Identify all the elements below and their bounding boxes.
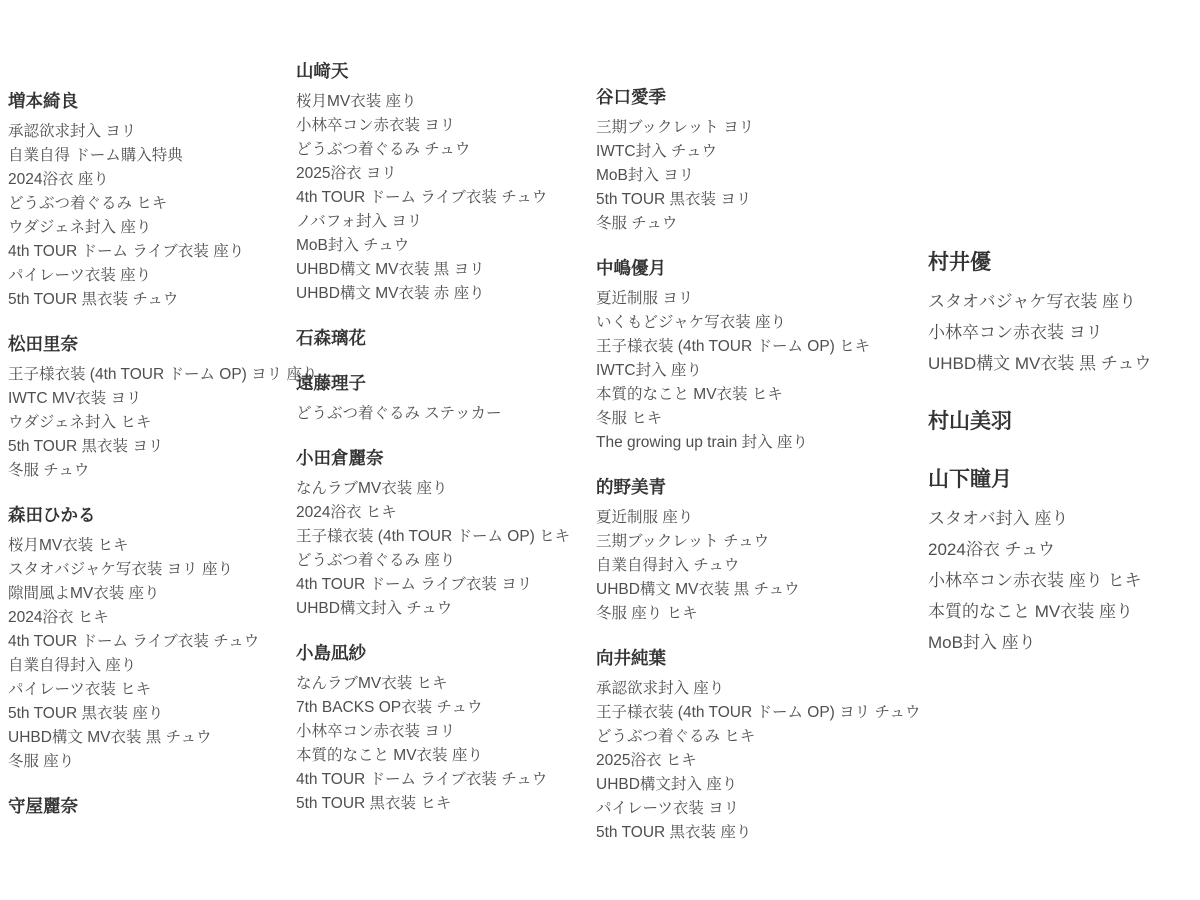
list-item: 2025浴衣 ヨリ <box>296 162 598 186</box>
list-item: どうぶつ着ぐるみ チュウ <box>296 138 598 162</box>
member-name: 村山美羽 <box>928 407 1200 437</box>
member-section: 小島凪紗なんラブMV衣装 ヒキ7th BACKS OP衣装 チュウ小林卒コン赤衣… <box>296 640 598 816</box>
list-item: UHBD構文封入 座り <box>596 773 932 797</box>
list-item: 2024浴衣 ヒキ <box>296 501 598 525</box>
list-item: 5th TOUR 黒衣装 座り <box>596 821 932 845</box>
member-section: 小田倉麗奈なんラブMV衣装 座り2024浴衣 ヒキ王子様衣装 (4th TOUR… <box>296 445 598 621</box>
list-item: 王子様衣装 (4th TOUR ドーム OP) ヨリ 座り <box>8 363 294 387</box>
list-item: パイレーツ衣装 座り <box>8 264 294 288</box>
list-item: UHBD構文封入 チュウ <box>296 597 598 621</box>
list-item: 5th TOUR 黒衣装 ヒキ <box>296 792 598 816</box>
item-list: なんラブMV衣装 ヒキ7th BACKS OP衣装 チュウ小林卒コン赤衣装 ヨリ… <box>296 672 598 816</box>
list-item: パイレーツ衣装 ヨリ <box>596 797 932 821</box>
list-item: スタオバジャケ写衣装 座り <box>928 286 1200 317</box>
list-item: 隙間風よMV衣装 座り <box>8 582 294 606</box>
list-item: 三期ブックレット ヨリ <box>596 116 932 140</box>
member-name: 山﨑天 <box>296 58 598 84</box>
list-item: 承認欲求封入 ヨリ <box>8 120 294 144</box>
member-name: 小田倉麗奈 <box>296 445 598 471</box>
member-name: 増本綺良 <box>8 88 294 114</box>
list-item: スタオバジャケ写衣装 ヨリ 座り <box>8 558 294 582</box>
list-item: 2025浴衣 ヒキ <box>596 749 932 773</box>
list-item: 自業自得 ドーム購入特典 <box>8 144 294 168</box>
list-item: どうぶつ着ぐるみ 座り <box>296 549 598 573</box>
member-section: 村山美羽 <box>928 407 1200 437</box>
member-name: 村井優 <box>928 248 1200 278</box>
member-name: 松田里奈 <box>8 331 294 357</box>
list-item: 4th TOUR ドーム ライブ衣装 ヨリ <box>296 573 598 597</box>
list-item: 4th TOUR ドーム ライブ衣装 チュウ <box>296 768 598 792</box>
member-section: 中嶋優月夏近制服 ヨリいくもどジャケ写衣装 座り王子様衣装 (4th TOUR … <box>596 255 932 455</box>
list-item: MoB封入 ヨリ <box>596 164 932 188</box>
list-item: 自業自得封入 チュウ <box>596 554 932 578</box>
list-item: どうぶつ着ぐるみ ステッカー <box>296 402 598 426</box>
list-item: 2024浴衣 ヒキ <box>8 606 294 630</box>
list-item: 冬服 座り <box>8 750 294 774</box>
list-item: スタオバ封入 座り <box>928 503 1200 534</box>
member-name: 的野美青 <box>596 474 932 500</box>
column-2: 山﨑天桜月MV衣装 座り小林卒コン赤衣装 ヨリどうぶつ着ぐるみ チュウ2025浴… <box>296 58 598 835</box>
list-item: 自業自得封入 座り <box>8 654 294 678</box>
member-name: 中嶋優月 <box>596 255 932 281</box>
list-item: UHBD構文 MV衣装 黒 チュウ <box>596 578 932 602</box>
list-item: 承認欲求封入 座り <box>596 677 932 701</box>
member-section: 向井純葉承認欲求封入 座り王子様衣装 (4th TOUR ドーム OP) ヨリ … <box>596 645 932 845</box>
list-item: 桜月MV衣装 座り <box>296 90 598 114</box>
item-list: 夏近制服 ヨリいくもどジャケ写衣装 座り王子様衣装 (4th TOUR ドーム … <box>596 287 932 455</box>
member-section: 遠藤理子どうぶつ着ぐるみ ステッカー <box>296 370 598 426</box>
member-section: 松田里奈王子様衣装 (4th TOUR ドーム OP) ヨリ 座りIWTC MV… <box>8 331 294 483</box>
list-item: パイレーツ衣装 ヒキ <box>8 678 294 702</box>
list-item: ウダジェネ封入 座り <box>8 216 294 240</box>
column-4: 村井優スタオバジャケ写衣装 座り小林卒コン赤衣装 ヨリUHBD構文 MV衣装 黒… <box>928 248 1200 686</box>
item-list: スタオバ封入 座り2024浴衣 チュウ小林卒コン赤衣装 座り ヒキ本質的なこと … <box>928 503 1200 658</box>
list-item: MoB封入 チュウ <box>296 234 598 258</box>
list-item: 夏近制服 ヨリ <box>596 287 932 311</box>
list-item: 王子様衣装 (4th TOUR ドーム OP) ヒキ <box>296 525 598 549</box>
member-name: 山下瞳月 <box>928 465 1200 495</box>
list-item: どうぶつ着ぐるみ ヒキ <box>8 192 294 216</box>
list-item: 本質的なこと MV衣装 座り <box>296 744 598 768</box>
list-item: ノバフォ封入 ヨリ <box>296 210 598 234</box>
list-item: 小林卒コン赤衣装 座り ヒキ <box>928 565 1200 596</box>
list-item: 4th TOUR ドーム ライブ衣装 チュウ <box>296 186 598 210</box>
list-item: IWTC封入 チュウ <box>596 140 932 164</box>
column-3: 谷口愛季三期ブックレット ヨリIWTC封入 チュウMoB封入 ヨリ5th TOU… <box>596 84 932 864</box>
list-item: どうぶつ着ぐるみ ヒキ <box>596 725 932 749</box>
member-name: 向井純葉 <box>596 645 932 671</box>
list-item: UHBD構文 MV衣装 黒 チュウ <box>8 726 294 750</box>
member-name: 守屋麗奈 <box>8 793 294 819</box>
member-section: 山下瞳月スタオバ封入 座り2024浴衣 チュウ小林卒コン赤衣装 座り ヒキ本質的… <box>928 465 1200 658</box>
item-list: 承認欲求封入 座り王子様衣装 (4th TOUR ドーム OP) ヨリ チュウど… <box>596 677 932 845</box>
list-item: 7th BACKS OP衣装 チュウ <box>296 696 598 720</box>
member-section: 石森璃花 <box>296 325 598 351</box>
member-name: 森田ひかる <box>8 502 294 528</box>
list-item: 小林卒コン赤衣装 ヨリ <box>928 317 1200 348</box>
list-item: 王子様衣装 (4th TOUR ドーム OP) ヒキ <box>596 335 932 359</box>
member-name: 小島凪紗 <box>296 640 598 666</box>
list-item: 5th TOUR 黒衣装 チュウ <box>8 288 294 312</box>
list-item: 小林卒コン赤衣装 ヨリ <box>296 114 598 138</box>
item-list: 夏近制服 座り三期ブックレット チュウ自業自得封入 チュウUHBD構文 MV衣装… <box>596 506 932 626</box>
list-item: IWTC封入 座り <box>596 359 932 383</box>
list-item: 2024浴衣 座り <box>8 168 294 192</box>
list-item: 5th TOUR 黒衣装 ヨリ <box>8 435 294 459</box>
list-item: UHBD構文 MV衣装 赤 座り <box>296 282 598 306</box>
item-list: なんラブMV衣装 座り2024浴衣 ヒキ王子様衣装 (4th TOUR ドーム … <box>296 477 598 621</box>
list-item: 冬服 チュウ <box>596 212 932 236</box>
list-item: なんラブMV衣装 座り <box>296 477 598 501</box>
list-item: 夏近制服 座り <box>596 506 932 530</box>
list-item: MoB封入 座り <box>928 627 1200 658</box>
item-list: どうぶつ着ぐるみ ステッカー <box>296 402 598 426</box>
list-item: UHBD構文 MV衣装 黒 チュウ <box>928 348 1200 379</box>
list-item: UHBD構文 MV衣装 黒 ヨリ <box>296 258 598 282</box>
member-section: 谷口愛季三期ブックレット ヨリIWTC封入 チュウMoB封入 ヨリ5th TOU… <box>596 84 932 236</box>
list-item: いくもどジャケ写衣装 座り <box>596 311 932 335</box>
member-section: 森田ひかる桜月MV衣装 ヒキスタオバジャケ写衣装 ヨリ 座り隙間風よMV衣装 座… <box>8 502 294 774</box>
item-list: スタオバジャケ写衣装 座り小林卒コン赤衣装 ヨリUHBD構文 MV衣装 黒 チュ… <box>928 286 1200 379</box>
list-item: 4th TOUR ドーム ライブ衣装 チュウ <box>8 630 294 654</box>
list-item: 本質的なこと MV衣装 座り <box>928 596 1200 627</box>
member-name: 遠藤理子 <box>296 370 598 396</box>
list-item: 冬服 座り ヒキ <box>596 602 932 626</box>
list-item: 桜月MV衣装 ヒキ <box>8 534 294 558</box>
list-item: The growing up train 封入 座り <box>596 431 932 455</box>
list-item: 5th TOUR 黒衣装 ヨリ <box>596 188 932 212</box>
list-item: 三期ブックレット チュウ <box>596 530 932 554</box>
member-section: 山﨑天桜月MV衣装 座り小林卒コン赤衣装 ヨリどうぶつ着ぐるみ チュウ2025浴… <box>296 58 598 306</box>
member-section: 村井優スタオバジャケ写衣装 座り小林卒コン赤衣装 ヨリUHBD構文 MV衣装 黒… <box>928 248 1200 379</box>
member-name: 石森璃花 <box>296 325 598 351</box>
item-list: 王子様衣装 (4th TOUR ドーム OP) ヨリ 座りIWTC MV衣装 ヨ… <box>8 363 294 483</box>
list-item: 5th TOUR 黒衣装 座り <box>8 702 294 726</box>
list-item: なんラブMV衣装 ヒキ <box>296 672 598 696</box>
list-item: 王子様衣装 (4th TOUR ドーム OP) ヨリ チュウ <box>596 701 932 725</box>
list-item: IWTC MV衣装 ヨリ <box>8 387 294 411</box>
item-list: 三期ブックレット ヨリIWTC封入 チュウMoB封入 ヨリ5th TOUR 黒衣… <box>596 116 932 236</box>
list-item: 冬服 チュウ <box>8 459 294 483</box>
item-list: 承認欲求封入 ヨリ自業自得 ドーム購入特典2024浴衣 座りどうぶつ着ぐるみ ヒ… <box>8 120 294 312</box>
item-list: 桜月MV衣装 座り小林卒コン赤衣装 ヨリどうぶつ着ぐるみ チュウ2025浴衣 ヨ… <box>296 90 598 306</box>
list-item: 2024浴衣 チュウ <box>928 534 1200 565</box>
column-1: 増本綺良承認欲求封入 ヨリ自業自得 ドーム購入特典2024浴衣 座りどうぶつ着ぐ… <box>8 88 294 838</box>
list-item: 4th TOUR ドーム ライブ衣装 座り <box>8 240 294 264</box>
list-item: 冬服 ヒキ <box>596 407 932 431</box>
member-section: 増本綺良承認欲求封入 ヨリ自業自得 ドーム購入特典2024浴衣 座りどうぶつ着ぐ… <box>8 88 294 312</box>
member-name: 谷口愛季 <box>596 84 932 110</box>
list-item: 本質的なこと MV衣装 ヒキ <box>596 383 932 407</box>
item-list: 桜月MV衣装 ヒキスタオバジャケ写衣装 ヨリ 座り隙間風よMV衣装 座り2024… <box>8 534 294 774</box>
list-item: ウダジェネ封入 ヒキ <box>8 411 294 435</box>
member-section: 守屋麗奈 <box>8 793 294 819</box>
member-section: 的野美青夏近制服 座り三期ブックレット チュウ自業自得封入 チュウUHBD構文 … <box>596 474 932 626</box>
list-item: 小林卒コン赤衣装 ヨリ <box>296 720 598 744</box>
member-trading-list: 増本綺良承認欲求封入 ヨリ自業自得 ドーム購入特典2024浴衣 座りどうぶつ着ぐ… <box>0 0 1200 900</box>
